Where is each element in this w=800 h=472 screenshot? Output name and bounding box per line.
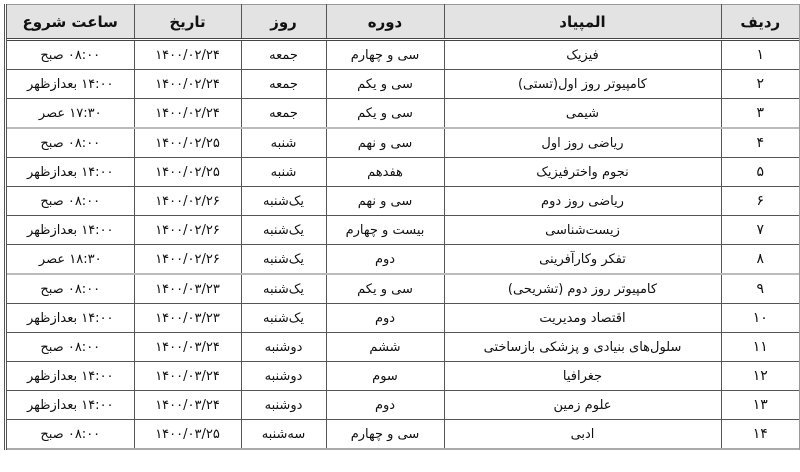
table-row: ۱فیزیکسی و چهارمجمعه۱۴۰۰/۰۲/۲۴۰۸:۰۰ صبح [7,40,799,70]
period-cell: دوم [326,391,444,420]
date-cell: ۱۴۰۰/۰۳/۲۴ [134,333,241,362]
day-cell: دوشنبه [241,391,326,420]
start-time-cell: ۱۴:۰۰ بعدازظهر [7,391,134,420]
olympiad-cell: شیمی [444,99,721,129]
day-cell: یک‌شنبه [241,245,326,275]
period-cell: سی و چهارم [326,420,444,450]
day-cell: جمعه [241,40,326,70]
date-cell: ۱۴۰۰/۰۲/۲۶ [134,245,241,275]
table-row: ۱۱سلول‌های بنیادی و پزشکی بازساختیششمدوش… [7,333,799,362]
table-row: ۱۲جغرافیاسومدوشنبه۱۴۰۰/۰۳/۲۴۱۴:۰۰ بعدازظ… [7,362,799,391]
row-number-cell: ۸ [721,245,799,275]
period-cell: دوم [326,304,444,333]
date-cell: ۱۴۰۰/۰۲/۲۵ [134,128,241,158]
date-cell: ۱۴۰۰/۰۲/۲۴ [134,99,241,129]
row-number-cell: ۴ [721,128,799,158]
row-number-cell: ۲ [721,70,799,99]
table-row: ۵نجوم واخترفیزیکهفدهمشنبه۱۴۰۰/۰۲/۲۵۱۴:۰۰… [7,158,799,187]
period-cell: سی و نهم [326,128,444,158]
day-cell: جمعه [241,70,326,99]
start-time-cell: ۱۷:۳۰ عصر [7,99,134,129]
olympiad-cell: زیست‌شناسی [444,216,721,245]
table-row: ۷زیست‌شناسیبیست و چهارمیک‌شنبه۱۴۰۰/۰۲/۲۶… [7,216,799,245]
olympiad-cell: نجوم واخترفیزیک [444,158,721,187]
row-number-cell: ۱۱ [721,333,799,362]
date-cell: ۱۴۰۰/۰۳/۲۴ [134,362,241,391]
day-cell: یک‌شنبه [241,274,326,304]
table-row: ۹کامپیوتر روز دوم (تشریحی)سی و یکمیک‌شنب… [7,274,799,304]
olympiad-cell: تفکر وکارآفرینی [444,245,721,275]
header-date: تاریخ [134,5,241,40]
day-cell: یک‌شنبه [241,187,326,216]
period-cell: سوم [326,362,444,391]
day-cell: جمعه [241,99,326,129]
table-row: ۸تفکر وکارآفرینیدومیک‌شنبه۱۴۰۰/۰۲/۲۶۱۸:۳… [7,245,799,275]
period-cell: هفدهم [326,158,444,187]
olympiad-cell: ریاضی روز دوم [444,187,721,216]
table-row: ۱۰اقتصاد ومدیریتدومیک‌شنبه۱۴۰۰/۰۳/۲۳۱۴:۰… [7,304,799,333]
date-cell: ۱۴۰۰/۰۳/۲۳ [134,304,241,333]
start-time-cell: ۰۸:۰۰ صبح [7,187,134,216]
olympiad-cell: ریاضی روز اول [444,128,721,158]
olympiad-cell: ادبی [444,420,721,450]
start-time-cell: ۱۴:۰۰ بعدازظهر [7,70,134,99]
start-time-cell: ۰۸:۰۰ صبح [7,333,134,362]
header-olympiad: المپیاد [444,5,721,40]
olympiad-cell: سلول‌های بنیادی و پزشکی بازساختی [444,333,721,362]
day-cell: شنبه [241,128,326,158]
date-cell: ۱۴۰۰/۰۲/۲۴ [134,40,241,70]
row-number-cell: ۱۲ [721,362,799,391]
row-number-cell: ۷ [721,216,799,245]
date-cell: ۱۴۰۰/۰۳/۲۳ [134,274,241,304]
period-cell: ششم [326,333,444,362]
period-cell: سی و یکم [326,274,444,304]
date-cell: ۱۴۰۰/۰۲/۲۵ [134,158,241,187]
start-time-cell: ۱۴:۰۰ بعدازظهر [7,158,134,187]
period-cell: سی و یکم [326,99,444,129]
date-cell: ۱۴۰۰/۰۲/۲۶ [134,216,241,245]
day-cell: دوشنبه [241,362,326,391]
row-number-cell: ۳ [721,99,799,129]
period-cell: دوم [326,245,444,275]
date-cell: ۱۴۰۰/۰۲/۲۶ [134,187,241,216]
olympiad-cell: جغرافیا [444,362,721,391]
day-cell: سه‌شنبه [241,420,326,450]
day-cell: شنبه [241,158,326,187]
row-number-cell: ۱۴ [721,420,799,450]
day-cell: یک‌شنبه [241,304,326,333]
row-number-cell: ۹ [721,274,799,304]
start-time-cell: ۱۸:۳۰ عصر [7,245,134,275]
olympiad-cell: کامپیوتر روز دوم (تشریحی) [444,274,721,304]
olympiad-schedule-container: ردیف المپیاد دوره روز تاریخ ساعت شروع ۱ف… [4,4,800,450]
table-row: ۱۴ادبیسی و چهارمسه‌شنبه۱۴۰۰/۰۳/۲۵۰۸:۰۰ ص… [7,420,799,450]
row-number-cell: ۱۰ [721,304,799,333]
start-time-cell: ۱۴:۰۰ بعدازظهر [7,304,134,333]
row-number-cell: ۱ [721,40,799,70]
row-number-cell: ۱۳ [721,391,799,420]
row-number-cell: ۶ [721,187,799,216]
table-row: ۴ریاضی روز اولسی و نهمشنبه۱۴۰۰/۰۲/۲۵۰۸:۰… [7,128,799,158]
date-cell: ۱۴۰۰/۰۳/۲۵ [134,420,241,450]
header-period: دوره [326,5,444,40]
start-time-cell: ۰۸:۰۰ صبح [7,274,134,304]
start-time-cell: ۰۸:۰۰ صبح [7,40,134,70]
olympiad-cell: اقتصاد ومدیریت [444,304,721,333]
row-number-cell: ۵ [721,158,799,187]
table-row: ۱۳علوم زمیندومدوشنبه۱۴۰۰/۰۳/۲۴۱۴:۰۰ بعدا… [7,391,799,420]
table-row: ۲کامپیوتر روز اول(تستی)سی و یکمجمعه۱۴۰۰/… [7,70,799,99]
header-row-number: ردیف [721,5,799,40]
period-cell: سی و چهارم [326,40,444,70]
olympiad-cell: کامپیوتر روز اول(تستی) [444,70,721,99]
day-cell: دوشنبه [241,333,326,362]
date-cell: ۱۴۰۰/۰۳/۲۴ [134,391,241,420]
table-row: ۶ریاضی روز دومسی و نهمیک‌شنبه۱۴۰۰/۰۲/۲۶۰… [7,187,799,216]
start-time-cell: ۰۸:۰۰ صبح [7,128,134,158]
day-cell: یک‌شنبه [241,216,326,245]
period-cell: سی و نهم [326,187,444,216]
header-start-time: ساعت شروع [7,5,134,40]
start-time-cell: ۱۴:۰۰ بعدازظهر [7,216,134,245]
table-row: ۳شیمیسی و یکمجمعه۱۴۰۰/۰۲/۲۴۱۷:۳۰ عصر [7,99,799,129]
header-day: روز [241,5,326,40]
period-cell: سی و یکم [326,70,444,99]
olympiad-schedule-table: ردیف المپیاد دوره روز تاریخ ساعت شروع ۱ف… [7,4,799,450]
header-row: ردیف المپیاد دوره روز تاریخ ساعت شروع [7,5,799,40]
start-time-cell: ۱۴:۰۰ بعدازظهر [7,362,134,391]
olympiad-cell: فیزیک [444,40,721,70]
olympiad-cell: علوم زمین [444,391,721,420]
date-cell: ۱۴۰۰/۰۲/۲۴ [134,70,241,99]
start-time-cell: ۰۸:۰۰ صبح [7,420,134,450]
period-cell: بیست و چهارم [326,216,444,245]
